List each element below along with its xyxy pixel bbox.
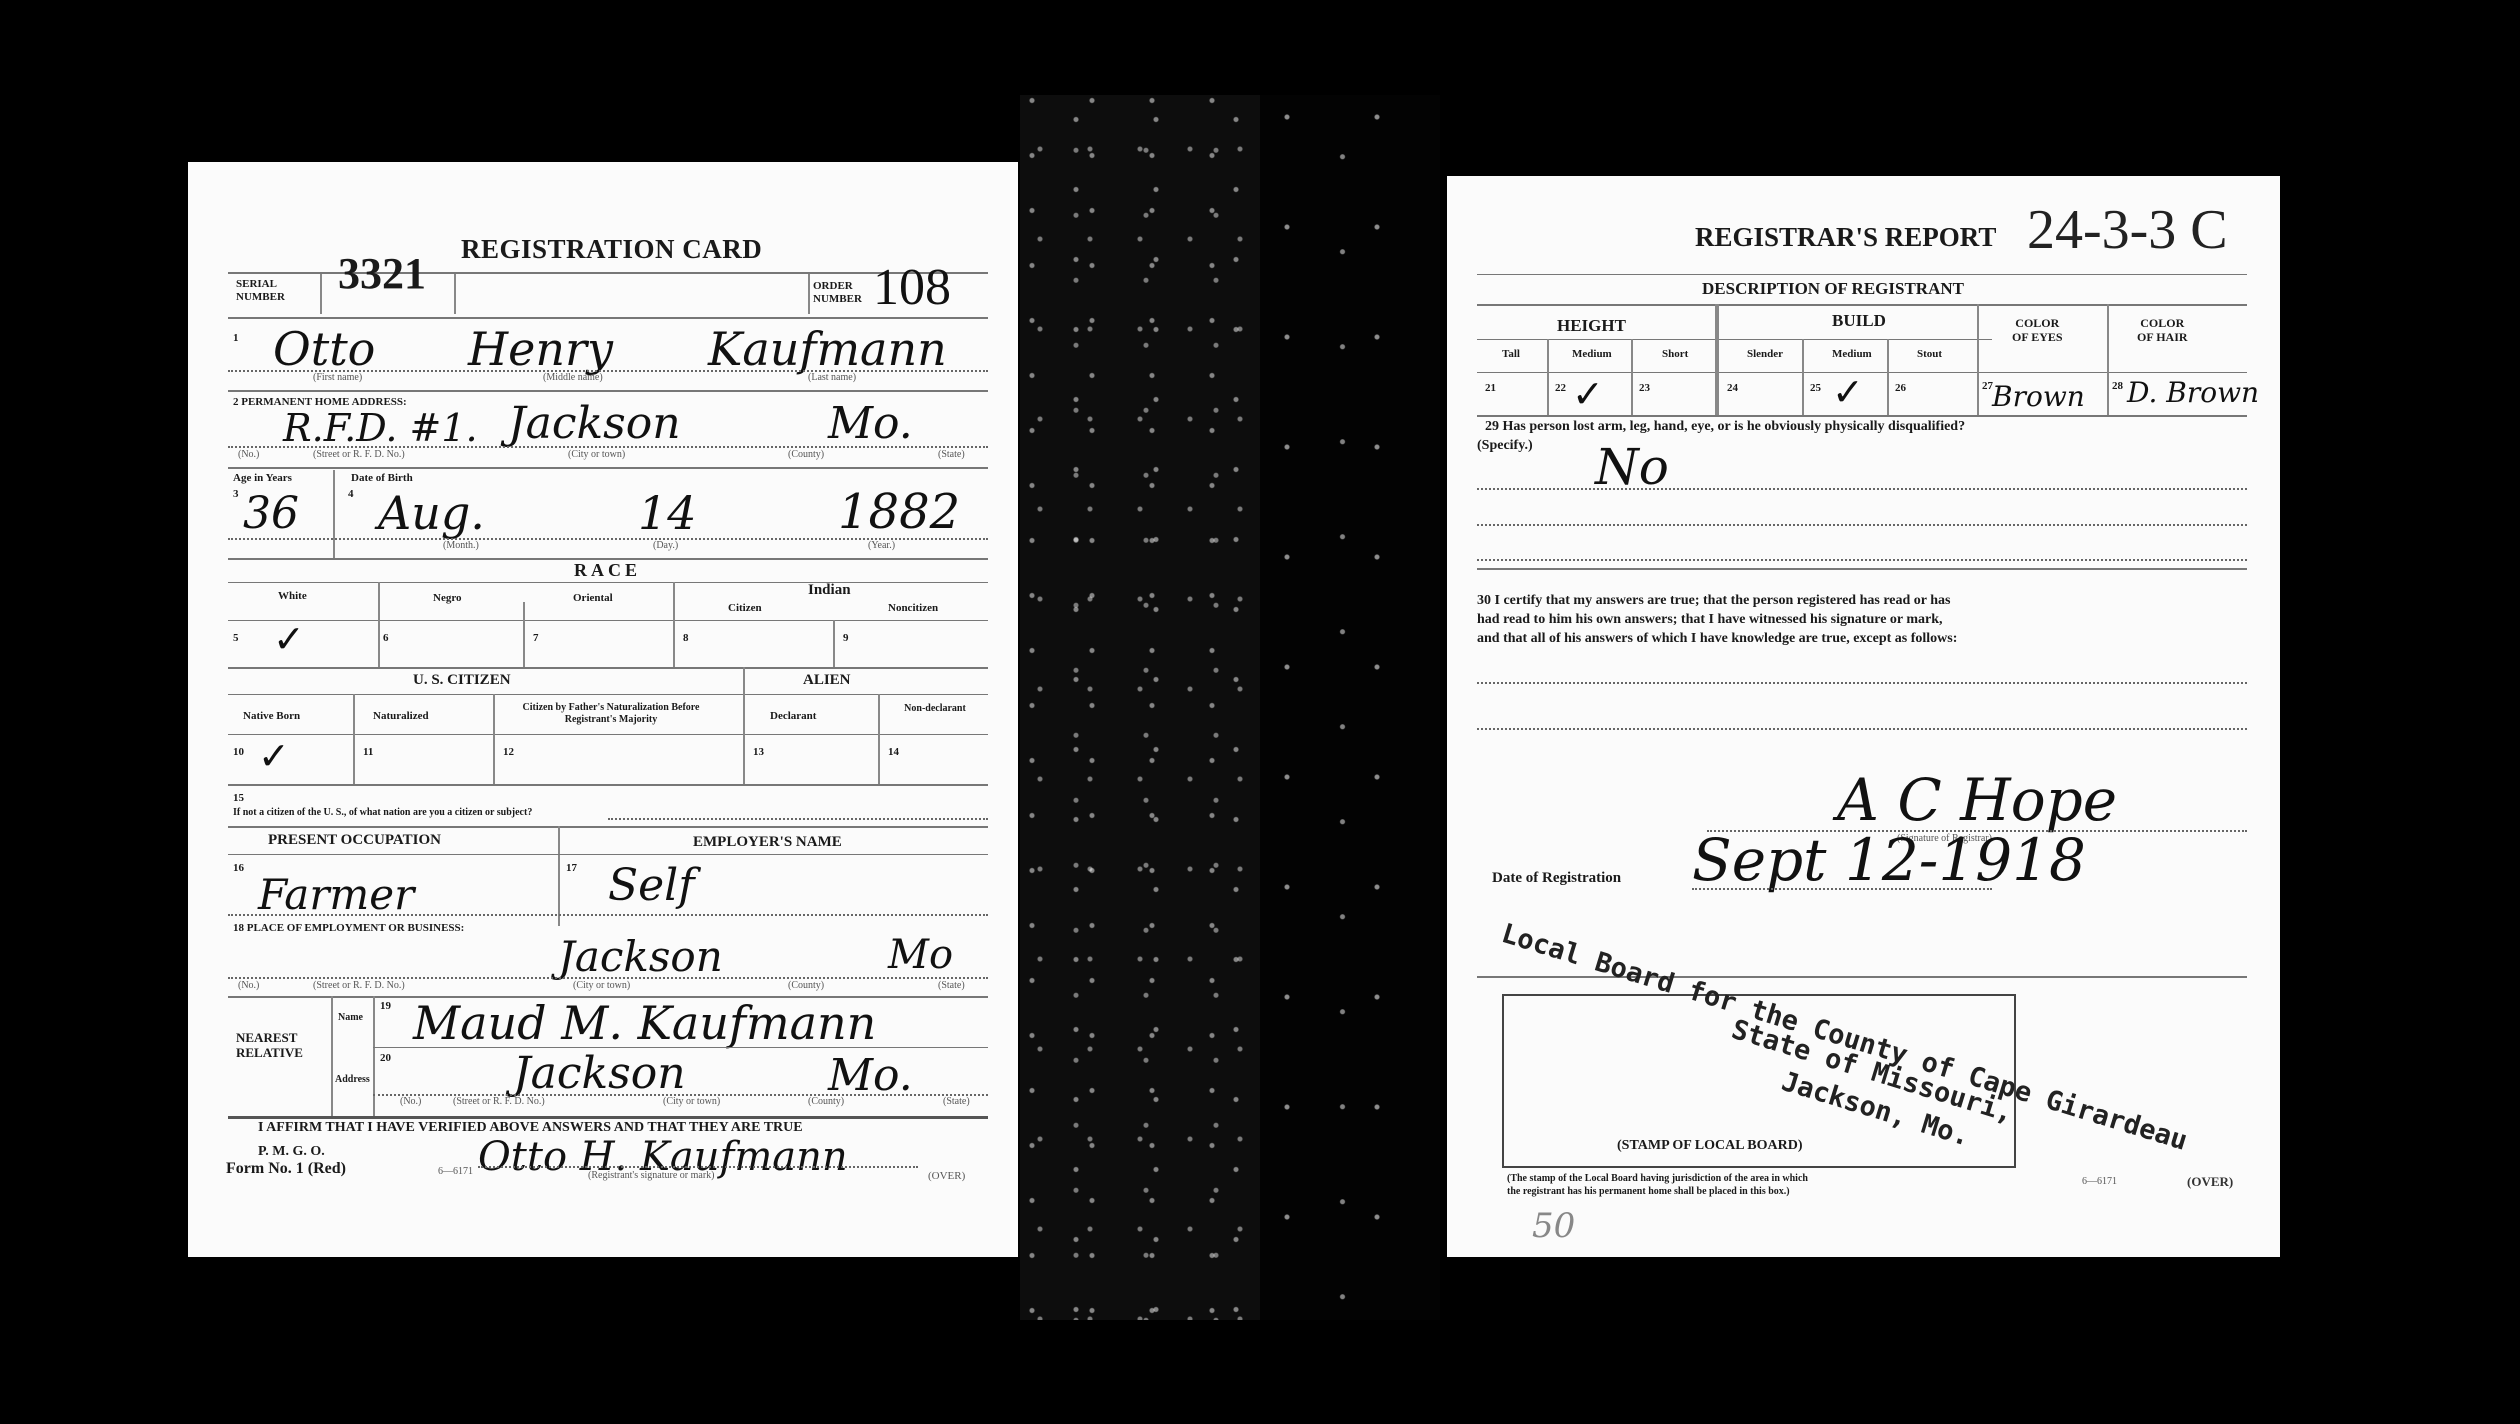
dotted-line xyxy=(1692,888,1992,890)
race-col-white: White xyxy=(278,590,307,602)
field-caption: (State) xyxy=(938,980,965,991)
dotted-line xyxy=(1477,682,2247,684)
report-title: REGISTRAR'S REPORT xyxy=(1695,222,1996,253)
nationality-question: If not a citizen of the U. S., of what n… xyxy=(233,807,532,818)
field-caption: (Street or R. F. D. No.) xyxy=(313,449,405,460)
item-number: 16 xyxy=(233,862,244,874)
divider xyxy=(833,620,835,667)
eye-color-header: COLOR OF EYES xyxy=(2012,316,2063,344)
divider xyxy=(878,694,880,784)
build-header: BUILD xyxy=(1832,311,1886,331)
divider xyxy=(1715,304,1719,415)
certification-line: and that all of his answers of which I h… xyxy=(1477,629,1957,648)
field-caption: (City or town) xyxy=(573,980,630,991)
item-number: 7 xyxy=(533,632,539,644)
divider xyxy=(228,620,988,621)
item-number: 4 xyxy=(348,488,354,500)
page-mark: 50 xyxy=(1532,1206,1575,1246)
age-value: 36 xyxy=(243,488,299,539)
hair-header-line: COLOR xyxy=(2137,316,2188,330)
dob-day: 14 xyxy=(638,486,697,540)
first-name: Otto xyxy=(273,322,375,376)
build-medium-checkmark: ✓ xyxy=(1832,370,1864,414)
field-caption: (Last name) xyxy=(808,372,856,383)
dotted-line xyxy=(1477,524,2247,526)
divider xyxy=(333,470,335,560)
field-caption: (Middle name) xyxy=(543,372,603,383)
order-label-line: NUMBER xyxy=(813,293,862,306)
native-born-checkmark: ✓ xyxy=(258,734,290,778)
divider xyxy=(493,694,495,784)
citizen-col-native-born: Native Born xyxy=(243,710,300,722)
hair-color-header: COLOR OF HAIR xyxy=(2137,316,2188,344)
dotted-line xyxy=(1477,559,2247,561)
certification-line: had read to him his own answers; that I … xyxy=(1477,610,1957,629)
nearest-relative-line: NEAREST xyxy=(236,1030,303,1045)
item-number: 3 xyxy=(233,488,239,500)
field-caption: (Street or R. F. D. No.) xyxy=(313,980,405,991)
dob-year: 1882 xyxy=(838,484,960,540)
divider xyxy=(1802,339,1804,415)
form-code: 6—6171 xyxy=(2082,1176,2117,1187)
divider xyxy=(378,582,380,667)
registrar-signature: A C Hope xyxy=(1837,766,2117,834)
divider xyxy=(523,602,525,667)
divider xyxy=(1631,339,1633,415)
item-number: 14 xyxy=(888,746,899,758)
item-number: 9 xyxy=(843,632,849,644)
specify-label: (Specify.) xyxy=(1477,438,1533,454)
height-medium-checkmark: ✓ xyxy=(1572,372,1604,416)
date-of-registration-value: Sept 12-1918 xyxy=(1692,826,2086,894)
divider xyxy=(228,784,988,786)
serial-number: 3321 xyxy=(338,248,426,299)
relative-name-label: Name xyxy=(338,1012,363,1023)
height-col-medium: Medium xyxy=(1572,348,1612,360)
item-number: 5 xyxy=(233,632,239,644)
white-checkmark: ✓ xyxy=(273,617,305,661)
dotted-line xyxy=(1477,488,2247,490)
dob-label: Date of Birth xyxy=(351,472,413,484)
eye-header-line: COLOR xyxy=(2012,316,2063,330)
certification-line: 30 I certify that my answers are true; t… xyxy=(1477,591,1957,610)
field-caption: (Month.) xyxy=(443,540,479,551)
address-city: Jackson xyxy=(508,398,681,449)
alien-col-non-declarant: Non-declarant xyxy=(900,702,970,715)
item-number: 22 xyxy=(1555,382,1566,394)
divider xyxy=(1887,339,1889,415)
item-number: 10 xyxy=(233,746,244,758)
middle-name: Henry xyxy=(468,322,613,376)
hair-header-line: OF HAIR xyxy=(2137,330,2188,344)
divider xyxy=(228,390,988,392)
dob-month: Aug. xyxy=(378,486,485,540)
last-name: Kaufmann xyxy=(708,322,947,376)
item-number: 11 xyxy=(363,746,373,758)
eye-header-line: OF EYES xyxy=(2012,330,2063,344)
item-number: 24 xyxy=(1727,382,1738,394)
relative-name: Maud M. Kaufmann xyxy=(413,996,876,1050)
file-code: 24-3-3 C xyxy=(2027,198,2228,262)
field-caption: (Year.) xyxy=(868,540,895,551)
divider xyxy=(228,734,988,735)
dotted-line xyxy=(608,818,988,820)
field-caption: (State) xyxy=(938,449,965,460)
item-number: 28 xyxy=(2112,380,2123,392)
field-caption: (County) xyxy=(788,449,824,460)
citizen-col-naturalized: Naturalized xyxy=(373,710,429,722)
field-caption: (State) xyxy=(943,1096,970,1107)
alien-col-declarant: Declarant xyxy=(770,710,816,722)
scan-background-texture-dark xyxy=(1260,95,1440,1320)
item-number: 21 xyxy=(1485,382,1496,394)
item-number: 12 xyxy=(503,746,514,758)
field-caption: (City or town) xyxy=(663,1096,720,1107)
divider xyxy=(1477,568,2247,570)
pmgo-label: P. M. G. O. xyxy=(258,1144,325,1160)
citizen-col-fathers-naturalization: Citizen by Father's Naturalization Befor… xyxy=(506,702,716,726)
item-number: 23 xyxy=(1639,382,1650,394)
registration-card: REGISTRATION CARD SERIAL NUMBER 3321 ORD… xyxy=(188,162,1018,1257)
registrars-report-card: REGISTRAR'S REPORT 24-3-3 C DESCRIPTION … xyxy=(1447,176,2280,1257)
divider xyxy=(331,996,333,1116)
employer-header: EMPLOYER'S NAME xyxy=(693,834,842,851)
divider xyxy=(353,694,355,784)
alien-header: ALIEN xyxy=(803,672,851,689)
occupation-header: PRESENT OCCUPATION xyxy=(268,832,441,849)
stamp-note-line: (The stamp of the Local Board having jur… xyxy=(1507,1172,1808,1185)
stamp-box-label: (STAMP OF LOCAL BOARD) xyxy=(1617,1138,1803,1154)
employment-city: Jackson xyxy=(558,932,723,981)
address-street: R.F.D. #1. xyxy=(283,406,478,450)
divider xyxy=(228,317,988,319)
divider xyxy=(228,467,988,469)
field-caption: (No.) xyxy=(238,449,259,460)
divider xyxy=(673,582,675,667)
race-col-oriental: Oriental xyxy=(573,592,613,604)
divider xyxy=(373,996,375,1116)
stamp-note-line: the registrant has his permanent home sh… xyxy=(1507,1185,1808,1198)
item-number: 6 xyxy=(383,632,389,644)
employment-place-label: 18 PLACE OF EMPLOYMENT OR BUSINESS: xyxy=(233,922,464,934)
nearest-relative-line: RELATIVE xyxy=(236,1045,303,1060)
field-caption: (No.) xyxy=(238,980,259,991)
field-caption: (No.) xyxy=(400,1096,421,1107)
item-number: 20 xyxy=(380,1052,391,1064)
divider xyxy=(2107,304,2109,415)
divider xyxy=(228,854,988,855)
divider xyxy=(320,274,322,314)
height-col-short: Short xyxy=(1662,348,1688,360)
dotted-line xyxy=(1477,728,2247,730)
divider xyxy=(1977,304,1979,415)
field-caption: (Street or R. F. D. No.) xyxy=(453,1096,545,1107)
indian-header: Indian xyxy=(808,582,851,599)
certification-text: 30 I certify that my answers are true; t… xyxy=(1477,591,1957,648)
divider xyxy=(454,274,456,314)
item-number: 13 xyxy=(753,746,764,758)
item-number: 17 xyxy=(566,862,577,874)
divider xyxy=(743,667,745,784)
dotted-line xyxy=(478,1166,918,1168)
address-state: Mo. xyxy=(828,398,913,449)
stamp-note: (The stamp of the Local Board having jur… xyxy=(1507,1172,1808,1198)
disqualification-question: 29 Has person lost arm, leg, hand, eye, … xyxy=(1485,419,1965,435)
card-title: REGISTRATION CARD xyxy=(461,234,762,265)
divider xyxy=(1547,339,1549,415)
occupation-value: Farmer xyxy=(258,870,414,919)
field-caption: (City or town) xyxy=(568,449,625,460)
item-number: 26 xyxy=(1895,382,1906,394)
us-citizen-header: U. S. CITIZEN xyxy=(413,672,511,689)
signature-caption: (Registrant's signature or mark) xyxy=(588,1170,715,1181)
race-col-negro: Negro xyxy=(433,592,462,604)
height-col-tall: Tall xyxy=(1502,348,1520,360)
divider xyxy=(1477,274,2247,275)
race-header: RACE xyxy=(574,560,641,581)
divider xyxy=(228,582,988,583)
field-caption: (County) xyxy=(808,1096,844,1107)
eye-color-value: Brown xyxy=(1992,380,2085,413)
form-code: 6—6171 xyxy=(438,1166,473,1177)
order-label-line: ORDER xyxy=(813,280,862,293)
relative-city: Jackson xyxy=(513,1048,686,1099)
height-header: HEIGHT xyxy=(1557,316,1626,336)
divider xyxy=(1477,339,1992,340)
divider xyxy=(228,667,988,669)
build-col-slender: Slender xyxy=(1747,348,1783,360)
over-label: (OVER) xyxy=(928,1170,965,1182)
serial-number-label: SERIAL NUMBER xyxy=(236,278,285,304)
divider xyxy=(228,694,988,695)
scan-background-texture xyxy=(1020,95,1260,1320)
divider xyxy=(228,1116,988,1119)
hair-color-value: D. Brown xyxy=(2127,376,2259,409)
serial-label-line: SERIAL xyxy=(236,278,285,291)
divider xyxy=(1477,304,2247,306)
age-label: Age in Years xyxy=(233,472,292,484)
field-caption: (County) xyxy=(788,980,824,991)
divider xyxy=(558,826,560,926)
divider xyxy=(808,274,810,314)
relative-address-label: Address xyxy=(335,1074,370,1085)
employment-state: Mo xyxy=(888,932,953,978)
serial-label-line: NUMBER xyxy=(236,291,285,304)
item-number: 25 xyxy=(1810,382,1821,394)
race-col-indian-noncitizen: Noncitizen xyxy=(888,602,938,614)
description-header: DESCRIPTION OF REGISTRANT xyxy=(1702,279,1964,299)
item-number: 1 xyxy=(233,332,239,344)
order-number: 108 xyxy=(873,258,951,317)
race-col-indian-citizen: Citizen xyxy=(728,602,762,614)
item-number: 19 xyxy=(380,1000,391,1012)
dotted-line xyxy=(228,977,988,979)
divider xyxy=(228,826,988,828)
dotted-line xyxy=(228,446,988,448)
over-label: (OVER) xyxy=(2187,1174,2233,1190)
item-number: 15 xyxy=(233,792,244,804)
divider xyxy=(1477,415,2247,417)
form-number: Form No. 1 (Red) xyxy=(226,1160,346,1178)
build-col-stout: Stout xyxy=(1917,348,1942,360)
order-number-label: ORDER NUMBER xyxy=(813,280,862,306)
employer-value: Self xyxy=(608,860,695,911)
item-number: 8 xyxy=(683,632,689,644)
build-col-medium: Medium xyxy=(1832,348,1872,360)
date-of-registration-label: Date of Registration xyxy=(1492,870,1621,887)
field-caption: (First name) xyxy=(313,372,362,383)
nearest-relative-label: NEAREST RELATIVE xyxy=(236,1030,303,1060)
field-caption: (Day.) xyxy=(653,540,678,551)
dotted-line xyxy=(228,914,988,916)
